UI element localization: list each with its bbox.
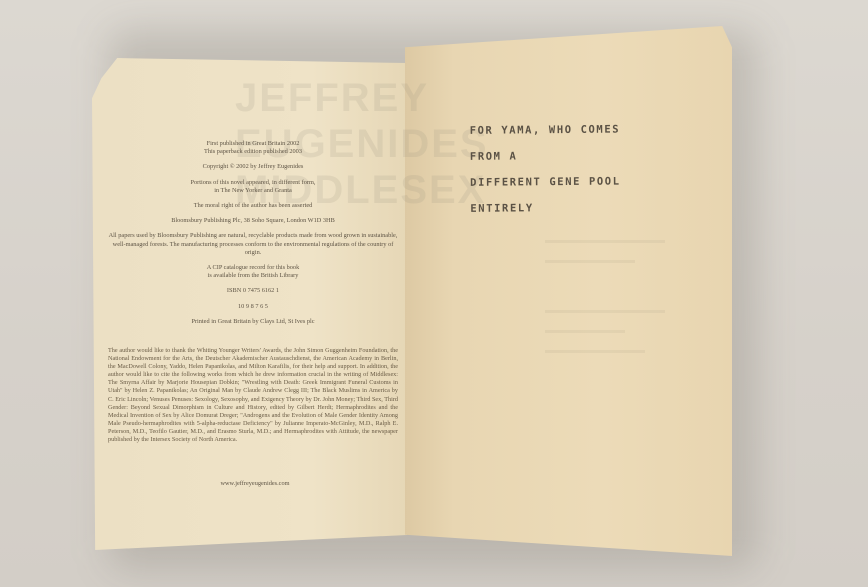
portions-notice: Portions of this novel appeared, in diff… (108, 179, 398, 195)
printer: Printed in Great Britain by Clays Ltd, S… (108, 318, 398, 326)
acknowledgements: The author would like to thank the Whiti… (108, 347, 398, 444)
dedication: FOR YAMA, WHO COMES FROM A DIFFERENT GEN… (470, 116, 661, 222)
bleed-through-line (545, 350, 645, 353)
isbn: ISBN 0 7475 6162 1 (108, 287, 398, 295)
copyright-block: First published in Great Britain 2002 Th… (108, 140, 398, 333)
dedication-line-1: FOR YAMA, WHO COMES FROM A (470, 116, 660, 170)
author-website: www.jeffreyeugenides.com (200, 480, 310, 487)
dedication-line-2: DIFFERENT GENE POOL ENTIRELY (470, 168, 660, 222)
print-line: 10 9 8 7 6 5 (108, 303, 398, 311)
bleed-through-line (545, 330, 625, 333)
bleed-through-line (545, 240, 665, 243)
bleed-through-line (545, 310, 665, 313)
paper-notice: All papers used by Bloomsbury Publishing… (108, 232, 398, 257)
right-page-dedication (405, 26, 732, 556)
publisher-address: Bloomsbury Publishing Plc, 38 Soho Squar… (108, 217, 398, 225)
copyright-notice: Copyright © 2002 by Jeffrey Eugenides (108, 163, 398, 171)
moral-rights: The moral right of the author has been a… (108, 202, 398, 210)
bleed-through-line (545, 260, 635, 263)
publication-info: First published in Great Britain 2002 Th… (108, 140, 398, 156)
cip-record: A CIP catalogue record for this book is … (108, 264, 398, 280)
